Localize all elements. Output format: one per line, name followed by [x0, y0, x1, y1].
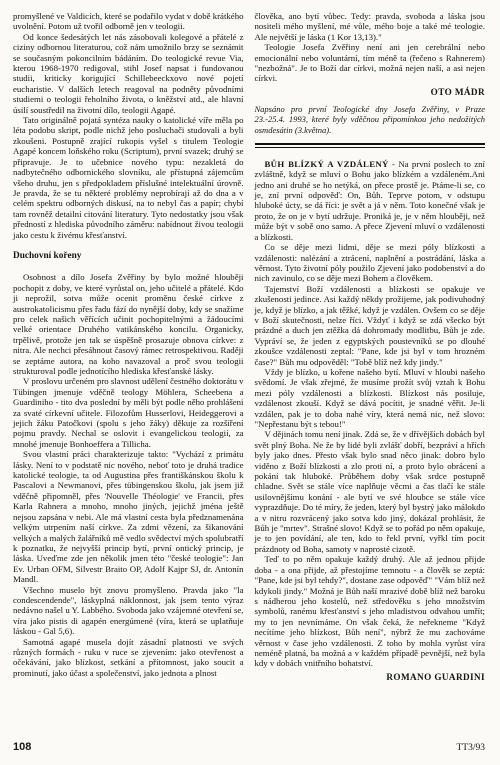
paragraph: Osobnost a dílo Josefa Zvěřiny by bylo m… [13, 272, 244, 376]
paragraph: Teď to po něm opakuje každý druhý. Ale a… [255, 554, 486, 668]
author-signature: OTO MÁDR [255, 87, 486, 97]
paragraph: V proslovu určeném pro slavnost udělení … [13, 376, 244, 449]
article-divider [255, 143, 486, 148]
author-signature: ROMANO GUARDINI [255, 672, 486, 682]
editorial-note: Napsáno pro první Teologické dny Josefa … [255, 104, 486, 135]
article-lead-paragraph: BŮH BLÍZKÝ A VZDÁLENÝ - Na první poslech… [255, 159, 486, 242]
paragraph: Všechno muselo být znovu promyšleno. Pra… [13, 585, 244, 637]
paragraph: Vždy je blízko, u kořene našeho bytí. Ml… [255, 367, 486, 429]
journal-page: promyšlené ve Valdicích, které se podaři… [0, 0, 500, 765]
page-footer: 108 TT3/93 [13, 741, 485, 753]
right-column: člověka, ano bytí vůbec. Tedy: pravda, s… [255, 11, 486, 687]
paragraph: promyšlené ve Valdicích, které se podaři… [13, 11, 244, 32]
paragraph: Od konce šedesátých let nás zásobovali k… [13, 32, 244, 115]
article-title: BŮH BLÍZKÝ A VZDÁLENÝ [265, 159, 389, 169]
text-columns: promyšlené ve Valdicích, které se podaři… [13, 11, 485, 687]
page-number: 108 [13, 741, 31, 753]
left-column: promyšlené ve Valdicích, které se podaři… [13, 11, 244, 687]
paragraph: Tajemství Boží vzdálenosti a blízkosti s… [255, 284, 486, 367]
paragraph: Teologie Josefa Zvěřiny není ani jen cer… [255, 42, 486, 84]
paragraph: V dějinách tomu není jinak. Zdá se, že v… [255, 429, 486, 554]
paragraph: Samotná agapé musela dojít zásadní platn… [13, 637, 244, 679]
paragraph: člověka, ano bytí vůbec. Tedy: pravda, s… [255, 11, 486, 42]
paragraph-text: - Na první poslech to zní zvláštně, když… [255, 159, 486, 242]
issue-label: TT3/93 [457, 743, 486, 753]
paragraph: Co se děje mezi lidmi, děje se mezi póly… [255, 242, 486, 284]
section-heading: Duchovní kořeny [13, 251, 244, 261]
paragraph: Svou vlastní práci charakterizuje takto:… [13, 449, 244, 584]
paragraph: Tato originálně pojatá syntéza nauky o k… [13, 115, 244, 240]
